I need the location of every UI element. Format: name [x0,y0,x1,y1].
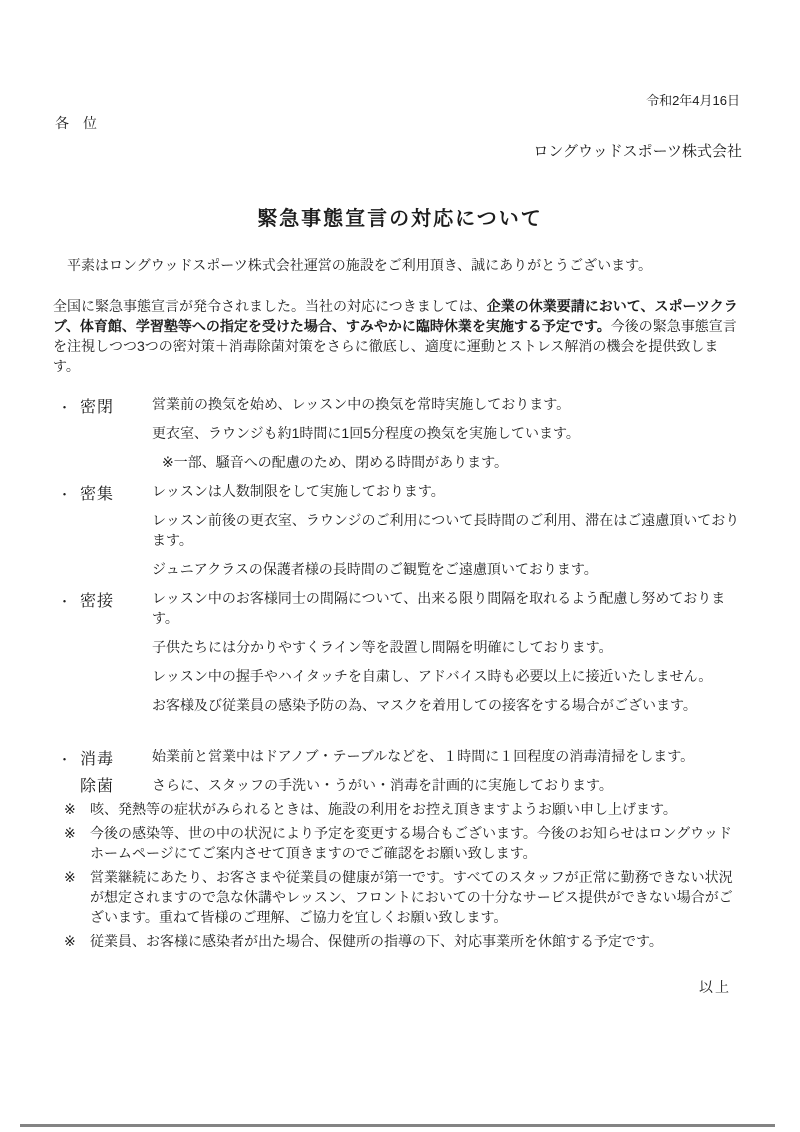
bullet-glyph: ・ [58,746,80,773]
measure-line: レッスン中のお客様同士の間隔について、出来る限り間隔を取れるよう配慮し努めており… [152,588,742,628]
measure-body: 営業前の換気を始め、レッスン中の換気を常時実施しております。更衣室、ラウンジも約… [152,394,742,481]
measure-line: 更衣室、ラウンジも約1時間に1回5分程度の換気を実施しています。 [152,423,742,443]
bullet-glyph: ・ [58,394,80,421]
recipient-line: 各 位 [55,114,97,133]
note-item: ※咳、発熱等の症状がみられるときは、施設の利用をお控え頂きますようお願い申し上げ… [64,799,742,819]
measure-label: 密集 [80,481,152,508]
note-item: ※従業員、お客様に感染者が出た場合、保健所の指導の下、対応事業所を休館する予定で… [64,931,742,951]
note-text: 従業員、お客様に感染者が出た場合、保健所の指導の下、対応事業所を休館する予定です… [90,931,742,951]
note-item: ※今後の感染等、世の中の状況により予定を変更する場合もございます。今後のお知らせ… [64,823,742,863]
company-name: ロングウッドスポーツ株式会社 [533,142,742,162]
document-date: 令和2年4月16日 [646,92,740,110]
measure-line: お客様及び従業員の感染予防の為、マスクを着用しての接客をする場合がございます。 [152,695,742,715]
document-title: 緊急事態宣言の対応について [0,202,800,231]
note-marker: ※ [64,867,90,887]
measure-body: レッスンは人数制限をして実施しております。レッスン前後の更衣室、ラウンジのご利用… [152,481,742,588]
measure-line: レッスンは人数制限をして実施しております。 [152,481,742,501]
note-text: 営業継続にあたり、お客さまや従業員の健康が第一です。すべてのスタッフが正常に勤務… [90,867,742,927]
note-marker: ※ [64,931,90,951]
measure-line: さらに、スタッフの手洗い・うがい・消毒を計画的に実施しております。 [152,775,742,795]
intro-text-pre: 全国に緊急事態宣言が発令されました。当社の対応につきましては、 [53,298,487,314]
note-item: ※営業継続にあたり、お客さまや従業員の健康が第一です。すべてのスタッフが正常に勤… [64,867,742,927]
closing-word: 以上 [699,977,731,997]
measure-line: ※一部、騒音への配慮のため、閉める時間があります。 [152,452,742,472]
measure-line: 営業前の換気を始め、レッスン中の換気を常時実施しております。 [152,394,742,414]
measure-line: レッスン中の握手やハイタッチを自粛し、アドバイス時も必要以上に接近いたしません。 [152,666,742,686]
measure-item: ・密集レッスンは人数制限をして実施しております。レッスン前後の更衣室、ラウンジの… [58,481,742,588]
measure-line: 始業前と営業中はドアノブ・テーブルなどを、１時間に１回程度の消毒清掃をします。 [152,746,742,766]
notes-list: ※咳、発熱等の症状がみられるときは、施設の利用をお控え頂きますようお願い申し上げ… [64,799,742,955]
measure-label: 密接 [80,588,152,615]
intro-paragraph: 全国に緊急事態宣言が発令されました。当社の対応につきましては、企業の休業要請にお… [53,296,743,376]
measure-body: レッスン中のお客様同士の間隔について、出来る限り間隔を取れるよう配慮し努めており… [152,588,742,724]
bullet-glyph: ・ [58,588,80,615]
measure-body: 始業前と営業中はドアノブ・テーブルなどを、１時間に１回程度の消毒清掃をします。さ… [152,746,742,804]
measures-list: ・密閉営業前の換気を始め、レッスン中の換気を常時実施しております。更衣室、ラウン… [58,394,742,804]
greeting-paragraph: 平素はロングウッドスポーツ株式会社運営の施設をご利用頂き、誠にありがとうございま… [53,255,743,275]
note-text: 今後の感染等、世の中の状況により予定を変更する場合もございます。今後のお知らせは… [90,823,742,863]
document-page: 令和2年4月16日 各 位 ロングウッドスポーツ株式会社 緊急事態宣言の対応につ… [0,0,800,1132]
scan-edge-line [20,1124,775,1127]
note-marker: ※ [64,799,90,819]
measure-item: ・密接レッスン中のお客様同士の間隔について、出来る限り間隔を取れるよう配慮し努め… [58,588,742,724]
measure-item: ・密閉営業前の換気を始め、レッスン中の換気を常時実施しております。更衣室、ラウン… [58,394,742,481]
measure-line: 子供たちには分かりやすくライン等を設置し間隔を明確にしております。 [152,637,742,657]
measure-line: ジュニアクラスの保護者様の長時間のご観覧をご遠慮頂いております。 [152,559,742,579]
measure-item: ・消毒 除菌始業前と営業中はドアノブ・テーブルなどを、１時間に１回程度の消毒清掃… [58,746,742,804]
measure-label: 密閉 [80,394,152,421]
measure-line: レッスン前後の更衣室、ラウンジのご利用について長時間のご利用、滞在はご遠慮頂いて… [152,510,742,550]
note-text: 咳、発熱等の症状がみられるときは、施設の利用をお控え頂きますようお願い申し上げま… [90,799,742,819]
note-marker: ※ [64,823,90,843]
bullet-glyph: ・ [58,481,80,508]
measure-label: 消毒 除菌 [80,746,152,800]
